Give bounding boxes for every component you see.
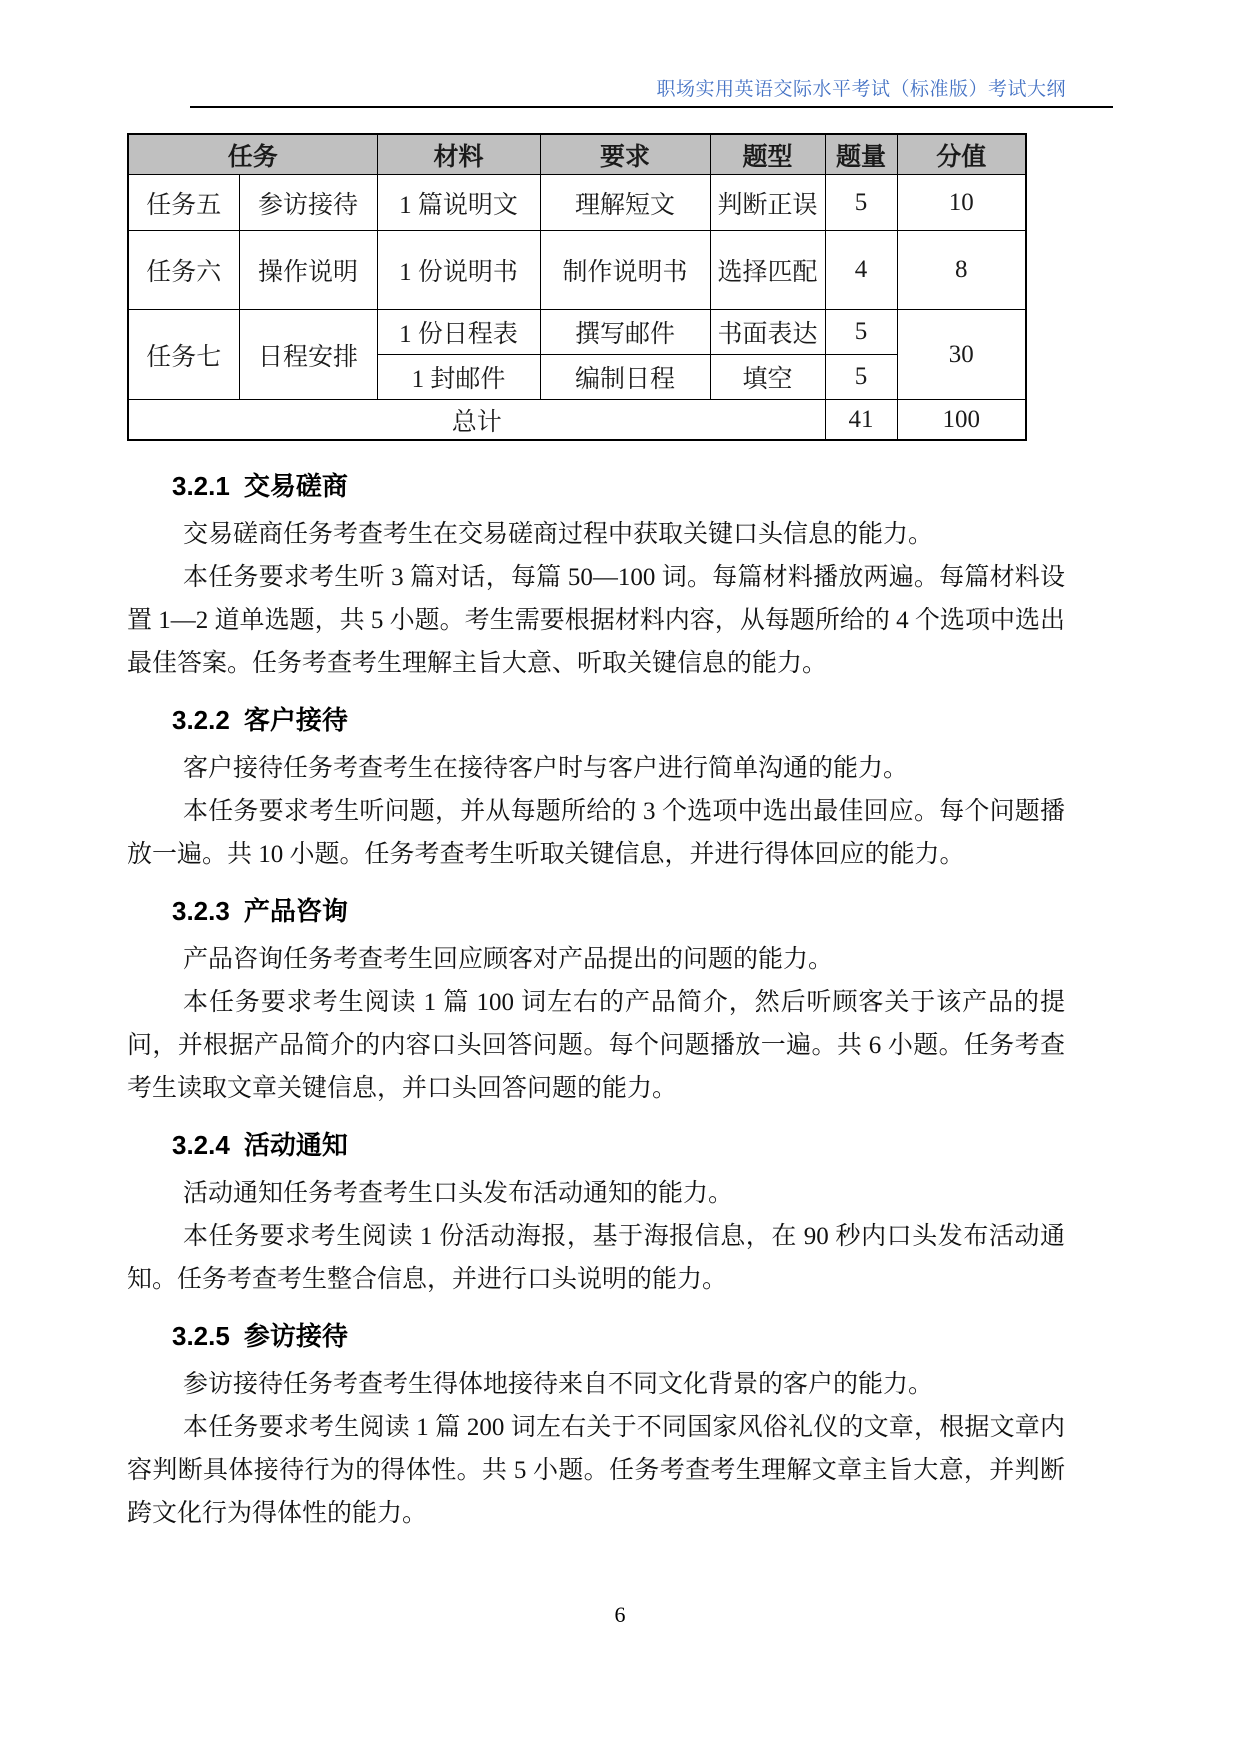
cell-task: 任务五 xyxy=(128,175,239,231)
column-header-type: 题型 xyxy=(710,134,825,175)
cell-task-name: 参访接待 xyxy=(239,175,377,231)
section-paragraph: 本任务要求考生听问题，并从每题所给的 3 个选项中选出最佳回应。每个问题播放一遍… xyxy=(127,790,1065,876)
document-page: 职场实用英语交际水平考试（标准版）考试大纲 任务 材料 要求 题型 题量 分值 xyxy=(0,0,1240,1753)
cell-score: 10 xyxy=(897,175,1026,231)
cell-requirement: 编制日程 xyxy=(540,355,710,400)
section-3-2-1: 3.2.1交易磋商 交易磋商任务考查考生在交易磋商过程中获取关键口头信息的能力。… xyxy=(127,471,1065,685)
section-heading: 3.2.2客户接待 xyxy=(172,705,1065,735)
cell-total-count: 41 xyxy=(825,400,897,441)
section-title: 客户接待 xyxy=(244,705,348,735)
section-number: 3.2.2 xyxy=(172,705,230,735)
cell-count: 5 xyxy=(825,355,897,400)
section-3-2-5: 3.2.5参访接待 参访接待任务考查考生得体地接待来自不同文化背景的客户的能力。… xyxy=(127,1321,1065,1535)
page-number: 6 xyxy=(0,1602,1240,1628)
table-header-row: 任务 材料 要求 题型 题量 分值 xyxy=(128,134,1026,175)
section-number: 3.2.4 xyxy=(172,1130,230,1160)
running-header-title: 职场实用英语交际水平考试（标准版）考试大纲 xyxy=(190,80,1113,100)
section-heading: 3.2.4活动通知 xyxy=(172,1130,1065,1160)
column-header-requirement: 要求 xyxy=(540,134,710,175)
cell-type: 选择匹配 xyxy=(710,231,825,310)
cell-count: 4 xyxy=(825,231,897,310)
column-header-task: 任务 xyxy=(128,134,377,175)
cell-requirement: 撰写邮件 xyxy=(540,310,710,355)
section-paragraph: 活动通知任务考查考生口头发布活动通知的能力。 xyxy=(127,1172,1065,1215)
section-3-2-4: 3.2.4活动通知 活动通知任务考查考生口头发布活动通知的能力。 本任务要求考生… xyxy=(127,1130,1065,1301)
section-number: 3.2.3 xyxy=(172,896,230,926)
section-paragraph: 产品咨询任务考查考生回应顾客对产品提出的问题的能力。 xyxy=(127,938,1065,981)
cell-task-name: 日程安排 xyxy=(239,310,377,400)
cell-material: 1 份说明书 xyxy=(377,231,540,310)
cell-count: 5 xyxy=(825,310,897,355)
cell-task: 任务七 xyxy=(128,310,239,400)
section-paragraph: 交易磋商任务考查考生在交易磋商过程中获取关键口头信息的能力。 xyxy=(127,513,1065,556)
table-row-task7-email: 任务七 日程安排 1 份日程表 撰写邮件 书面表达 5 30 xyxy=(128,310,1026,355)
section-paragraph: 本任务要求考生阅读 1 篇 200 词左右关于不同国家风俗礼仪的文章，根据文章内… xyxy=(127,1406,1065,1535)
cell-task-name: 操作说明 xyxy=(239,231,377,310)
section-paragraph: 本任务要求考生听 3 篇对话，每篇 50—100 词。每篇材料播放两遍。每篇材料… xyxy=(127,556,1065,685)
section-paragraph: 客户接待任务考查考生在接待客户时与客户进行简单沟通的能力。 xyxy=(127,747,1065,790)
running-header: 职场实用英语交际水平考试（标准版）考试大纲 xyxy=(190,80,1113,108)
page-content: 任务 材料 要求 题型 题量 分值 任务五 参访接待 1 篇说明文 理解短文 判… xyxy=(127,133,1065,1535)
cell-type: 填空 xyxy=(710,355,825,400)
section-paragraph: 本任务要求考生阅读 1 篇 100 词左右的产品简介，然后听顾客关于该产品的提问… xyxy=(127,981,1065,1110)
column-header-score: 分值 xyxy=(897,134,1026,175)
exam-structure-table: 任务 材料 要求 题型 题量 分值 任务五 参访接待 1 篇说明文 理解短文 判… xyxy=(127,133,1027,441)
section-3-2-2: 3.2.2客户接待 客户接待任务考查考生在接待客户时与客户进行简单沟通的能力。 … xyxy=(127,705,1065,876)
table-row-task6: 任务六 操作说明 1 份说明书 制作说明书 选择匹配 4 8 xyxy=(128,231,1026,310)
column-header-material: 材料 xyxy=(377,134,540,175)
column-header-count: 题量 xyxy=(825,134,897,175)
cell-total-label: 总计 xyxy=(128,400,825,441)
section-heading: 3.2.1交易磋商 xyxy=(172,471,1065,501)
cell-requirement: 理解短文 xyxy=(540,175,710,231)
cell-task: 任务六 xyxy=(128,231,239,310)
table-total-row: 总计 41 100 xyxy=(128,400,1026,441)
cell-type: 书面表达 xyxy=(710,310,825,355)
cell-count: 5 xyxy=(825,175,897,231)
section-heading: 3.2.5参访接待 xyxy=(172,1321,1065,1351)
section-title: 参访接待 xyxy=(244,1321,348,1351)
section-number: 3.2.1 xyxy=(172,471,230,501)
cell-requirement: 制作说明书 xyxy=(540,231,710,310)
cell-material: 1 份日程表 xyxy=(377,310,540,355)
section-heading: 3.2.3产品咨询 xyxy=(172,896,1065,926)
section-title: 活动通知 xyxy=(244,1130,348,1160)
section-paragraph: 参访接待任务考查考生得体地接待来自不同文化背景的客户的能力。 xyxy=(127,1363,1065,1406)
section-number: 3.2.5 xyxy=(172,1321,230,1351)
cell-type: 判断正误 xyxy=(710,175,825,231)
section-title: 产品咨询 xyxy=(244,896,348,926)
cell-score: 30 xyxy=(897,310,1026,400)
section-paragraph: 本任务要求考生阅读 1 份活动海报，基于海报信息，在 90 秒内口头发布活动通知… xyxy=(127,1215,1065,1301)
cell-material: 1 篇说明文 xyxy=(377,175,540,231)
section-title: 交易磋商 xyxy=(244,471,348,501)
cell-score: 8 xyxy=(897,231,1026,310)
cell-material: 1 封邮件 xyxy=(377,355,540,400)
section-3-2-3: 3.2.3产品咨询 产品咨询任务考查考生回应顾客对产品提出的问题的能力。 本任务… xyxy=(127,896,1065,1110)
cell-total-score: 100 xyxy=(897,400,1026,441)
table-row-task5: 任务五 参访接待 1 篇说明文 理解短文 判断正误 5 10 xyxy=(128,175,1026,231)
